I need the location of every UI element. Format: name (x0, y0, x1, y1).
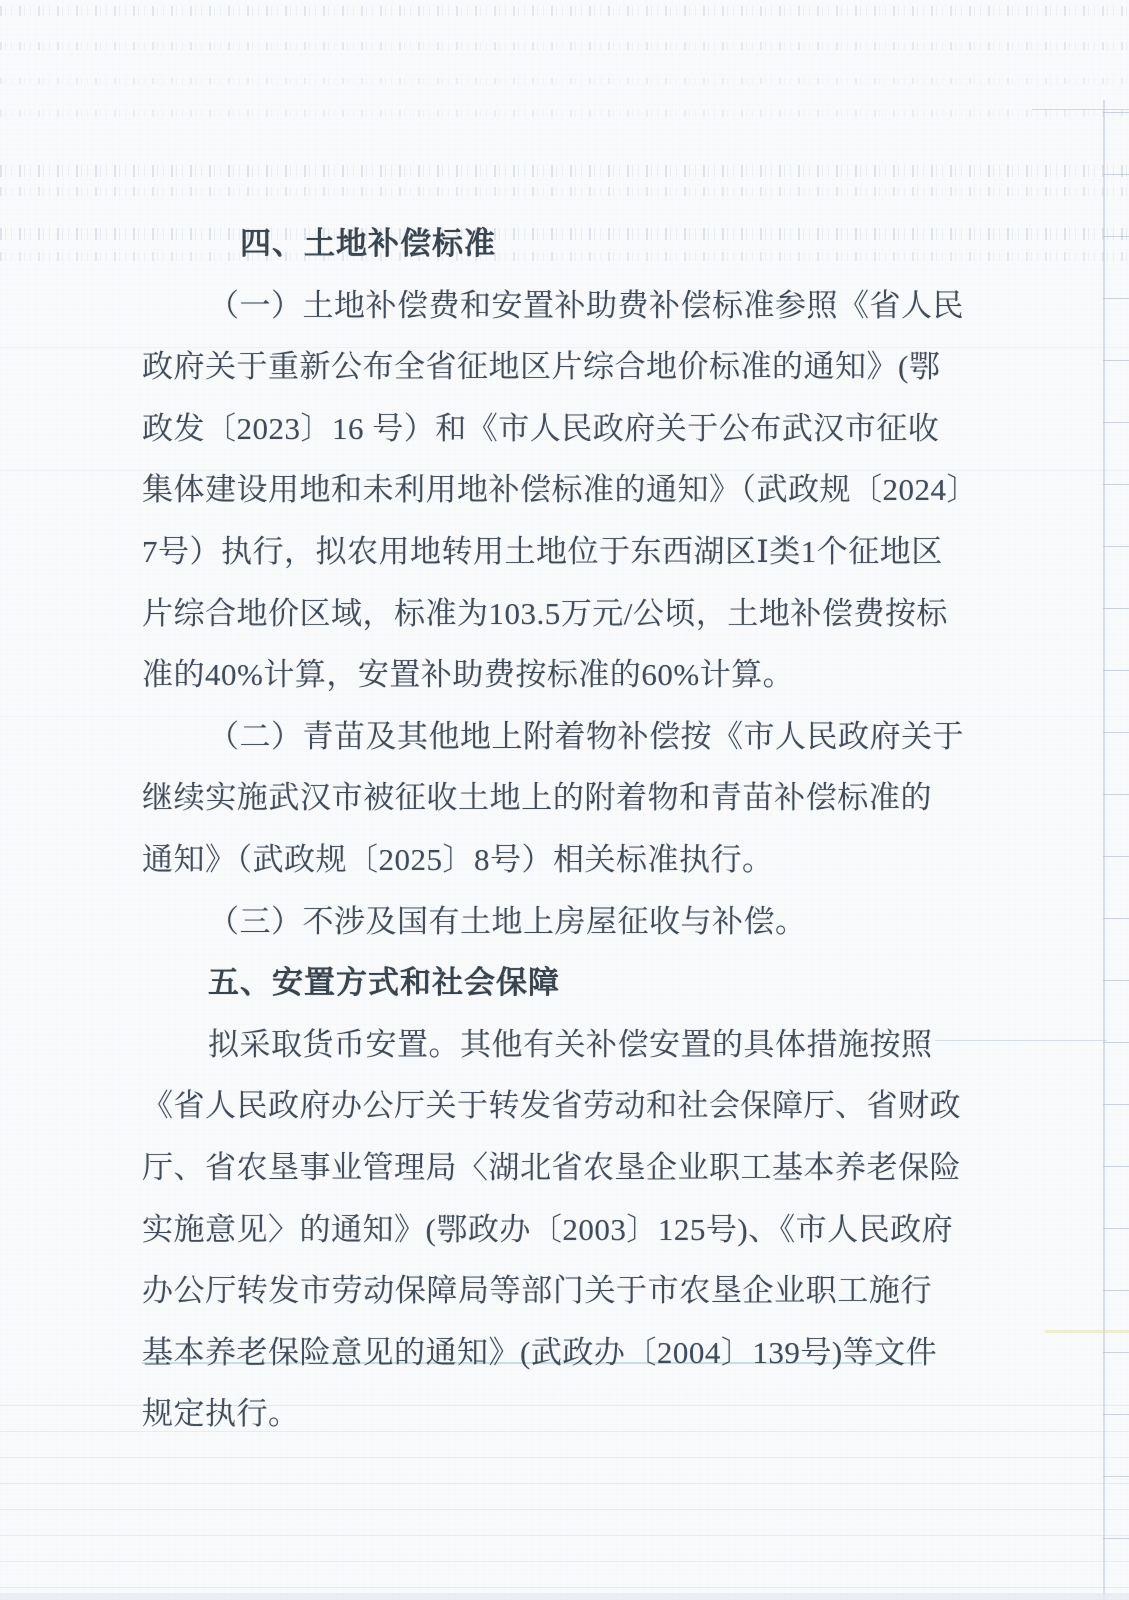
doc-line: 办公厅转发市劳动保障局等部门关于市农垦企业职工施行 (142, 1260, 932, 1322)
doc-line: 厅、省农垦事业管理局〈湖北省农垦企业职工基本养老保险 (142, 1137, 932, 1199)
doc-line: 实施意见〉的通知》(鄂政办〔2003〕125号)、《市人民政府 (142, 1199, 932, 1261)
doc-line: （二）青苗及其他地上附着物补偿按《市人民政府关于 (142, 706, 932, 768)
ruled-line (1032, 109, 1129, 110)
doc-line: 准的40%计算，安置补助费按标准的60%计算。 (142, 644, 932, 706)
heading-section-4-land-compensation-standard: 四、土地补偿标准 (142, 213, 932, 275)
doc-line: 基本养老保险意见的通知》(武政办〔2004〕139号)等文件 (142, 1322, 932, 1384)
scan-noise-band (0, 110, 1129, 117)
page-edge-vertical-line (1103, 100, 1105, 1600)
scanned-document-page: 四、土地补偿标准 （一）土地补偿费和安置补助费补偿标准参照《省人民 政府关于重新… (0, 0, 1129, 1600)
doc-line: （三）不涉及国有土地上房屋征收与补偿。 (142, 891, 932, 953)
doc-line: 《省人民政府办公厅关于转发省劳动和社会保障厅、省财政 (142, 1075, 932, 1137)
heading-section-5-resettlement-social-security: 五、安置方式和社会保障 (142, 952, 932, 1014)
scan-noise-band (0, 187, 1129, 196)
ruled-line-ticks (1103, 112, 1129, 1572)
scan-noise-band (0, 42, 1129, 50)
page-bottom-edge (0, 1593, 1129, 1600)
doc-line: 政发〔2023〕16 号）和《市人民政府关于公布武汉市征收 (142, 398, 932, 460)
scan-noise-band (0, 78, 1129, 84)
doc-line: 继续实施武汉市被征收土地上的附着物和青苗补偿标准的 (142, 767, 932, 829)
doc-line: 7号）执行，拟农用地转用土地位于东西湖区Ⅰ类1个征地区 (142, 521, 932, 583)
document-text-block: 四、土地补偿标准 （一）土地补偿费和安置补助费补偿标准参照《省人民 政府关于重新… (142, 213, 932, 1445)
scan-noise-band (0, 6, 1129, 16)
ruled-line (935, 1040, 1107, 1041)
doc-line: 通知》（武政规〔2025〕8号）相关标准执行。 (142, 829, 932, 891)
doc-line: 规定执行。 (142, 1383, 932, 1445)
doc-line: 政府关于重新公布全省征地区片综合地价标准的通知》(鄂 (142, 336, 932, 398)
scan-noise-band (0, 165, 1129, 177)
doc-line: 拟采取货币安置。其他有关补偿安置的具体措施按照 (142, 1014, 932, 1076)
doc-line: （一）土地补偿费和安置补助费补偿标准参照《省人民 (142, 275, 932, 337)
doc-line: 片综合地价区域，标准为103.5万元/公顷，土地补偿费按标 (142, 583, 932, 645)
doc-line: 集体建设用地和未利用地补偿标准的通知》（武政规〔2024〕 (142, 459, 932, 521)
yellow-scan-artifact (1045, 1330, 1129, 1333)
